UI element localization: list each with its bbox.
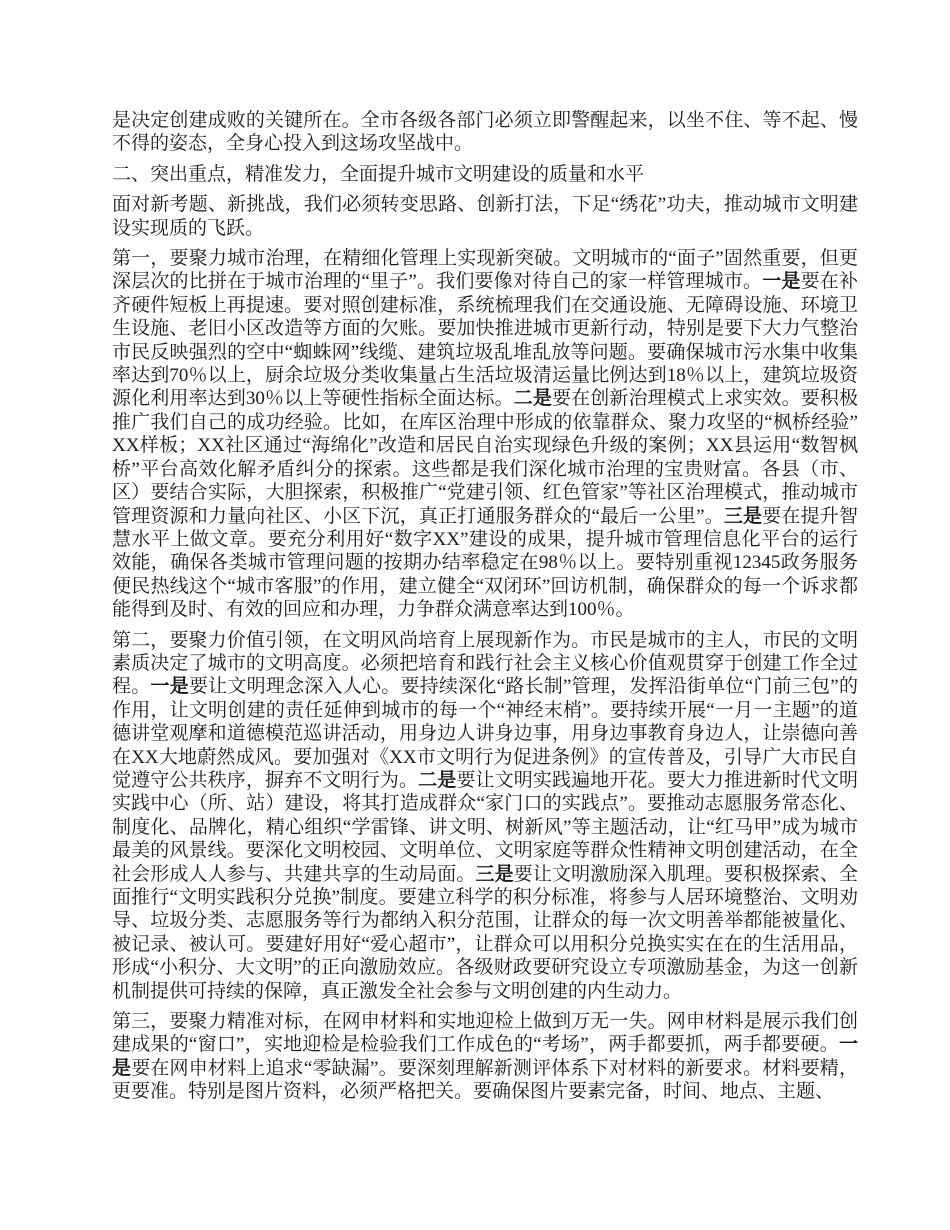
bold-text-run: 三是 [475,864,513,885]
bold-text-run: 一是 [150,676,188,697]
bold-text-run: 二是 [418,770,456,791]
text-run: 面对新考题、新挑战，我们必须转变思路、创新打法，下足“绣花”功夫，推动城市文明建… [112,194,858,238]
paragraph-intro-continuation: 是决定创建成败的关键所在。全市各级各部门必须立即警醒起来，以坐不住、等不起、慢不… [112,109,858,156]
document-page: 是决定创建成败的关键所在。全市各级各部门必须立即警醒起来，以坐不住、等不起、慢不… [0,0,950,1230]
paragraph-point-three-benchmarking: 第三，要聚力精准对标，在网申材料和实地迎检上做到万无一失。网申材料是展示我们创建… [112,1010,858,1104]
document-content: 是决定创建成败的关键所在。全市各级各部门必须立即警醒起来，以坐不住、等不起、慢不… [112,109,858,1104]
bold-text-run: 三是 [724,506,762,527]
paragraph-point-one-city-governance: 第一，要聚力城市治理，在精细化管理上实现新突破。文明城市的“面子”固然重要，但更… [112,247,858,622]
text-run: 二、突出重点，精准发力，全面提升城市文明建设的质量和水平 [112,164,644,185]
text-run: 是决定创建成败的关键所在。全市各级各部门必须立即警醒起来，以坐不住、等不起、慢不… [112,110,858,154]
bold-text-run: 一是 [762,271,800,292]
text-run: 第一，要聚力城市治理，在精细化管理上实现新突破。文明城市的“面子”固然重要，但更… [112,248,858,292]
text-run: 要在网申材料上追求“零缺漏”。要深刻理解新测评体系下对材料的新要求。材料要精，更… [112,1058,858,1102]
paragraph-section-heading-two: 二、突出重点，精准发力，全面提升城市文明建设的质量和水平 [112,163,858,186]
bold-text-run: 二是 [514,388,552,409]
text-run: 第三，要聚力精准对标，在网申材料和实地迎检上做到万无一失。网申材料是展示我们创建… [112,1011,858,1055]
paragraph-point-two-value-guidance: 第二，要聚力价值引领，在文明风尚培育上展现新作为。市民是城市的主人，市民的文明素… [112,629,858,1004]
paragraph-section-lead: 面对新考题、新挑战，我们必须转变思路、创新打法，下足“绣花”功夫，推动城市文明建… [112,193,858,240]
